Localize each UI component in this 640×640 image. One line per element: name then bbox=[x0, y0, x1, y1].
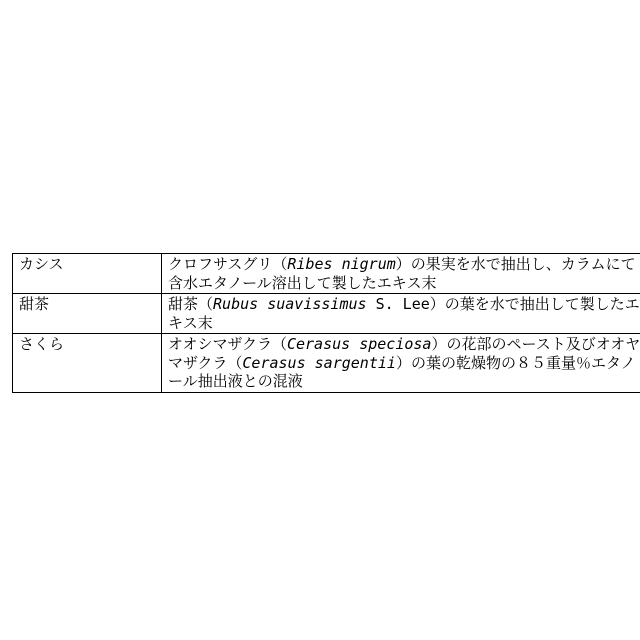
definition-cell: クロフサスグリ（Ribes nigrum）の果実を水で抽出し、カラムにて含水エタ… bbox=[162, 254, 640, 294]
latin-botanical-name: Cerasus speciosa bbox=[287, 335, 432, 353]
ingredient-definition-table: カシスクロフサスグリ（Ribes nigrum）の果実を水で抽出し、カラムにて含… bbox=[12, 253, 640, 393]
definition-cell: 甜茶（Rubus suavissimus S. Lee）の葉を水で抽出して製した… bbox=[162, 294, 640, 334]
table-row: さくらオオシマザクラ（Cerasus speciosa）の花部のペースト及びオオ… bbox=[13, 334, 640, 393]
latin-botanical-name: Ribes nigrum bbox=[287, 255, 395, 273]
definition-table-body: カシスクロフサスグリ（Ribes nigrum）の果実を水で抽出し、カラムにて含… bbox=[13, 254, 640, 393]
term-cell: さくら bbox=[13, 334, 162, 393]
document-page: カシスクロフサスグリ（Ribes nigrum）の果実を水で抽出し、カラムにて含… bbox=[0, 0, 640, 640]
definition-text: オオシマザクラ（ bbox=[168, 335, 287, 353]
table-row: カシスクロフサスグリ（Ribes nigrum）の果実を水で抽出し、カラムにて含… bbox=[13, 254, 640, 294]
term-cell: カシス bbox=[13, 254, 162, 294]
definition-text: 甜茶（ bbox=[168, 295, 213, 313]
definition-cell: オオシマザクラ（Cerasus speciosa）の花部のペースト及びオオヤマザ… bbox=[162, 334, 640, 393]
table-row: 甜茶甜茶（Rubus suavissimus S. Lee）の葉を水で抽出して製… bbox=[13, 294, 640, 334]
definition-text: クロフサスグリ（ bbox=[168, 255, 287, 273]
term-cell: 甜茶 bbox=[13, 294, 162, 334]
latin-botanical-name: Rubus suavissimus bbox=[213, 295, 367, 313]
latin-botanical-name: Cerasus sargentii bbox=[242, 354, 396, 372]
